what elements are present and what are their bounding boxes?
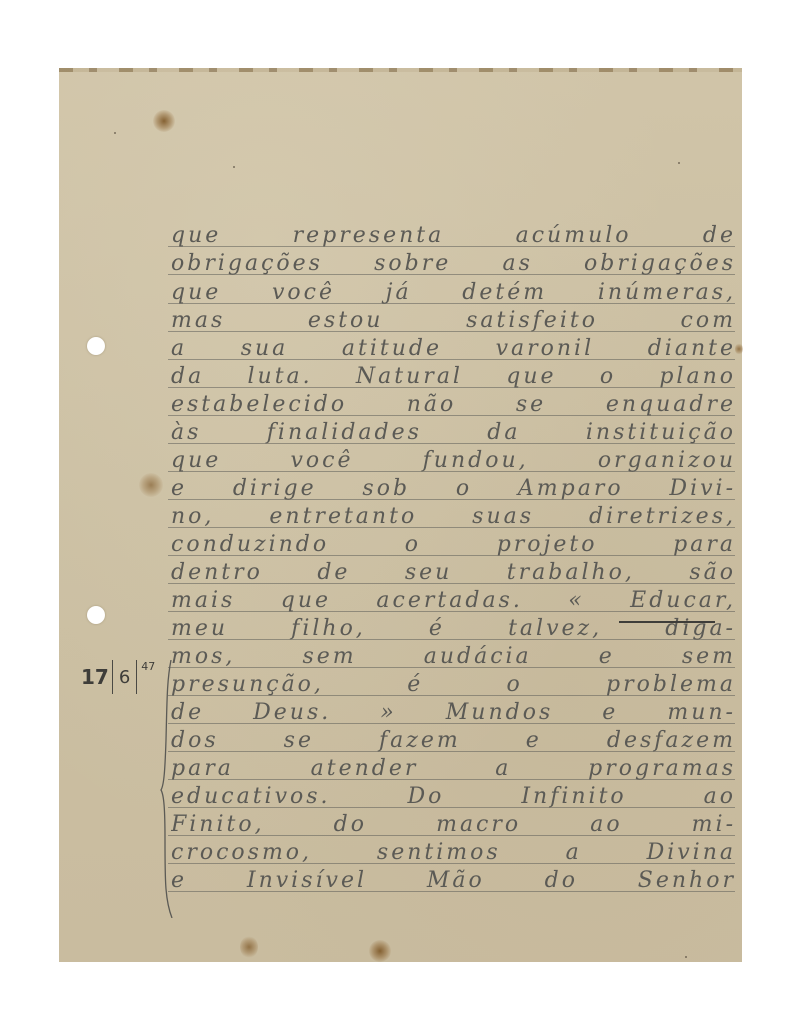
foxing-stain — [240, 936, 258, 958]
speck — [685, 956, 687, 958]
handwritten-line: que você fundou, organizou — [171, 447, 736, 475]
handwritten-line: no, entretanto suas diretrizes, — [171, 503, 736, 531]
letter-page: que representa acúmulo de obrigações sob… — [59, 68, 742, 962]
speck — [114, 132, 116, 134]
foxing-stain — [735, 343, 743, 355]
handwritten-line: educativos. Do Infinito ao — [171, 783, 736, 811]
punch-hole-upper — [87, 337, 105, 355]
handwritten-line: mais que acertadas. « Educar, — [171, 587, 736, 615]
handwritten-line: que você já detém inúmeras, — [171, 279, 736, 307]
foxing-stain — [369, 940, 391, 962]
handwritten-line: presunção, é o problema — [171, 671, 736, 699]
handwritten-line: da luta. Natural que o plano — [171, 363, 736, 391]
handwritten-line: crocosmo, sentimos a Divina — [171, 839, 736, 867]
date-month: 6 — [112, 660, 137, 694]
date-day: 17 — [81, 665, 109, 689]
date-year: 47 — [141, 660, 155, 673]
handwritten-line: meu filho, é talvez, diga- — [171, 615, 736, 643]
handwritten-line: às finalidades da instituição — [171, 419, 736, 447]
worn-top-edge — [59, 68, 742, 72]
handwritten-line: e dirige sob o Amparo Divi- — [171, 475, 736, 503]
foxing-stain — [139, 473, 163, 497]
handwritten-line: de Deus. » Mundos e mun- — [171, 699, 736, 727]
handwritten-line: para atender a programas — [171, 755, 736, 783]
speck — [233, 166, 235, 168]
educar-underline — [619, 621, 715, 623]
handwritten-line: que representa acúmulo de — [171, 222, 736, 250]
handwritten-line: mas estou satisfeito com — [171, 307, 736, 335]
speck — [678, 162, 680, 164]
handwritten-line: e Invisível Mão do Senhor — [171, 867, 736, 895]
handwritten-line: mos, sem audácia e sem — [171, 643, 736, 671]
margin-date: 17 6 47 — [81, 660, 155, 694]
handwritten-line: estabelecido não se enquadre — [171, 391, 736, 419]
handwritten-line: obrigações sobre as obrigações — [171, 250, 736, 278]
foxing-stain — [153, 110, 175, 132]
punch-hole-lower — [87, 606, 105, 624]
handwritten-line: Finito, do macro ao mi- — [171, 811, 736, 839]
handwritten-line: dentro de seu trabalho, são — [171, 559, 736, 587]
handwritten-line: conduzindo o projeto para — [171, 531, 736, 559]
handwritten-line: dos se fazem e desfazem — [171, 727, 736, 755]
handwritten-line: a sua atitude varonil diante — [171, 335, 736, 363]
margin-bracket — [159, 660, 173, 918]
